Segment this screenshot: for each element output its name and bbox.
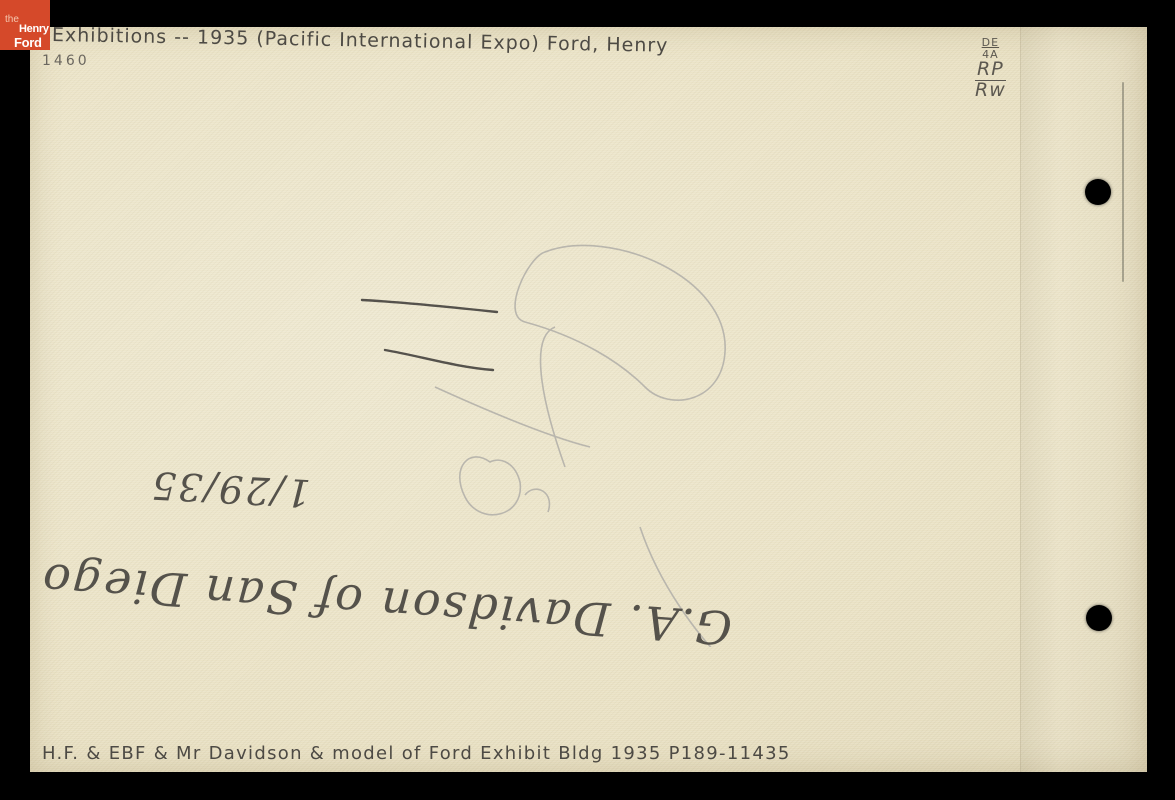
document-paper: Exhibitions -- 1935 (Pacific Internation… xyxy=(30,27,1147,772)
logo-ford: Ford xyxy=(14,36,42,49)
punch-hole-bottom xyxy=(1086,605,1112,631)
logo-the: the xyxy=(5,15,19,25)
mark-rw: Rw xyxy=(975,81,1006,101)
catalog-number: 1460 xyxy=(42,53,90,69)
binding-flap xyxy=(1020,27,1148,772)
subject-heading: Exhibitions -- 1935 (Pacific Internation… xyxy=(52,24,669,57)
flap-pencil-line xyxy=(1122,82,1124,282)
henry-ford-logo: the Henry Ford xyxy=(0,0,50,50)
mark-rp: RP xyxy=(975,60,1006,81)
punch-hole-top xyxy=(1085,179,1111,205)
corner-marks: DE 4A RP Rw xyxy=(975,37,1006,101)
photo-caption: H.F. & EBF & Mr Davidson & model of Ford… xyxy=(42,743,791,764)
mark-de: DE xyxy=(975,37,1006,49)
logo-henry: Henry xyxy=(19,24,49,35)
upside-down-date: 1/29/35 xyxy=(149,463,312,515)
